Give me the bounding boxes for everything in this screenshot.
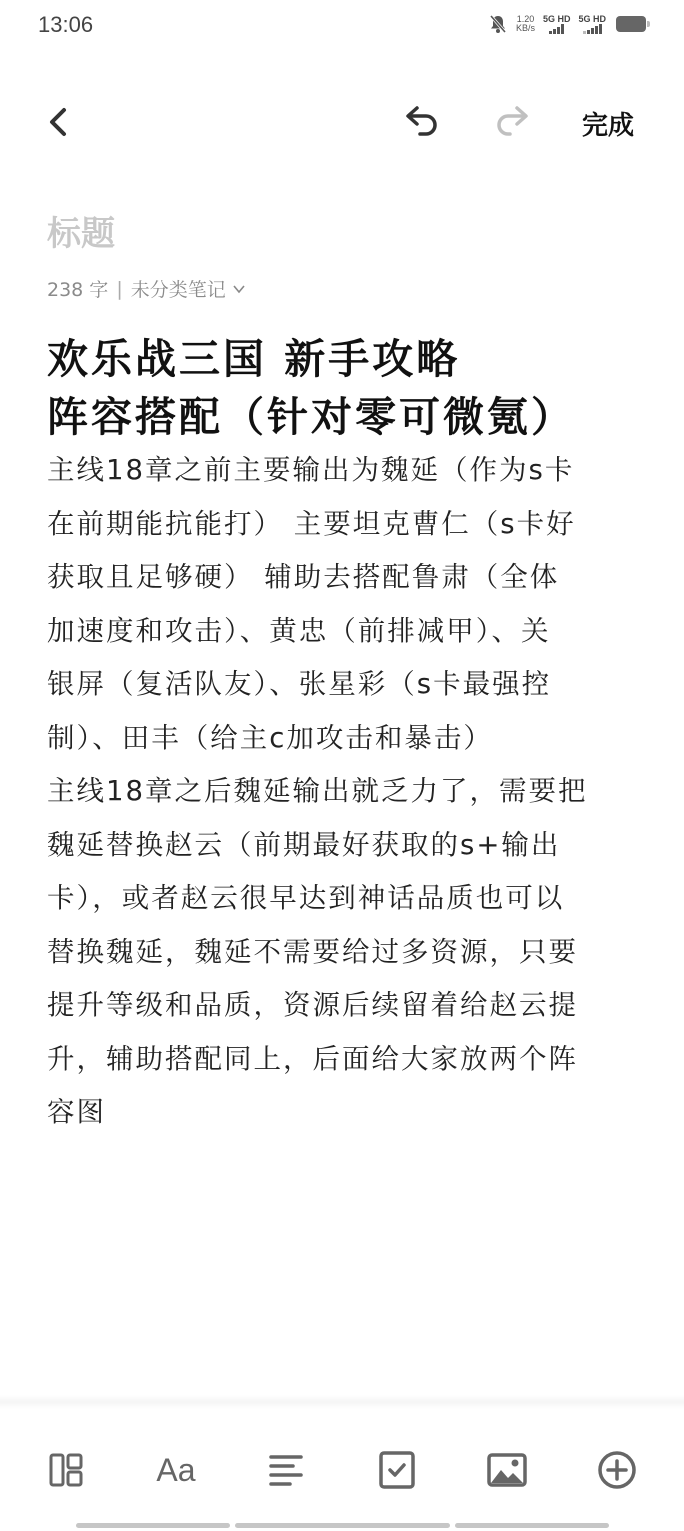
done-button[interactable]: 完成 (582, 105, 634, 142)
status-icons: 1.20 KB/s 5G HD 5G HD (488, 14, 646, 34)
gesture-bar-segment (235, 1523, 450, 1528)
signal-icon (583, 24, 602, 34)
network-speed: 1.20 KB/s (516, 15, 535, 33)
note-meta: 238 字 | 未分类笔记 (47, 275, 246, 302)
word-count: 238 字 (47, 275, 108, 302)
note-body-text: 主线18章之前主要输出为魏延（作为s卡 在前期能抗能打） 主要坦克曹仁（s卡好 … (47, 444, 647, 1140)
note-heading: 欢乐战三国 新手攻略 阵容搭配（针对零可微氪） (47, 330, 647, 446)
signal-icon (549, 24, 564, 34)
paragraph-align-icon (268, 1452, 304, 1488)
body-line: 获取且足够硬） 辅助去搭配鲁肃（全体 (47, 551, 647, 605)
add-button[interactable] (593, 1440, 641, 1500)
gesture-bar-segment (76, 1523, 230, 1528)
body-line: 升，辅助搭配同上，后面给大家放两个阵 (47, 1033, 647, 1087)
text-format-icon: Aa (156, 1452, 195, 1489)
status-time: 13:06 (38, 12, 93, 38)
battery-icon (616, 16, 646, 32)
category-label: 未分类笔记 (131, 275, 226, 302)
body-line: 主线18章之后魏延输出就乏力了，需要把 (47, 765, 647, 819)
gesture-bar-segment (455, 1523, 609, 1528)
insert-image-button[interactable] (483, 1440, 531, 1500)
redo-icon (490, 102, 536, 142)
bell-muted-icon (488, 14, 508, 34)
redo-button[interactable] (490, 102, 536, 142)
body-line: 提升等级和品质，资源后续留着给赵云提 (47, 979, 647, 1033)
undo-button[interactable] (398, 102, 444, 142)
heading-line: 阵容搭配（针对零可微氪） (47, 388, 647, 446)
template-button[interactable] (42, 1440, 90, 1500)
paragraph-button[interactable] (262, 1440, 310, 1500)
body-line: 容图 (47, 1086, 647, 1140)
status-bar: 13:06 1.20 KB/s 5G HD 5G HD (0, 0, 684, 56)
checklist-button[interactable] (373, 1440, 421, 1500)
body-line: 加速度和攻击）、黄忠（前排减甲）、关 (47, 605, 647, 659)
undo-icon (398, 102, 444, 142)
heading-line: 欢乐战三国 新手攻略 (47, 330, 647, 388)
chevron-left-icon (42, 102, 78, 142)
body-line: 替换魏延，魏延不需要给过多资源，只要 (47, 926, 647, 980)
body-line: 卡），或者赵云很早达到神话品质也可以 (47, 872, 647, 926)
editor-nav-bar: 完成 (0, 92, 684, 152)
chevron-down-icon (232, 282, 246, 296)
editor-toolbar: Aa (0, 1440, 684, 1500)
sim2-signal: 5G HD (578, 14, 606, 34)
body-line: 魏延替换赵云（前期最好获取的s+输出 (47, 819, 647, 873)
note-body-editor[interactable]: 欢乐战三国 新手攻略 阵容搭配（针对零可微氪） 主线18章之前主要输出为魏延（作… (47, 330, 647, 1140)
note-title-input[interactable]: 标题 (47, 206, 115, 255)
template-icon (48, 1452, 84, 1488)
body-line: 在前期能抗能打） 主要坦克曹仁（s卡好 (47, 498, 647, 552)
toolbar-divider (0, 1395, 684, 1409)
meta-separator: | (116, 278, 122, 300)
back-button[interactable] (42, 102, 78, 142)
body-line: 制）、田丰（给主c加攻击和暴击） (47, 712, 647, 766)
sim1-signal: 5G HD (543, 14, 571, 34)
add-circle-icon (597, 1450, 637, 1490)
image-icon (487, 1453, 527, 1487)
text-format-button[interactable]: Aa (152, 1440, 200, 1500)
body-line: 银屏（复活队友）、张星彩（s卡最强控 (47, 658, 647, 712)
body-line: 主线18章之前主要输出为魏延（作为s卡 (47, 444, 647, 498)
category-selector[interactable]: 未分类笔记 (131, 275, 246, 302)
checklist-icon (379, 1451, 415, 1489)
